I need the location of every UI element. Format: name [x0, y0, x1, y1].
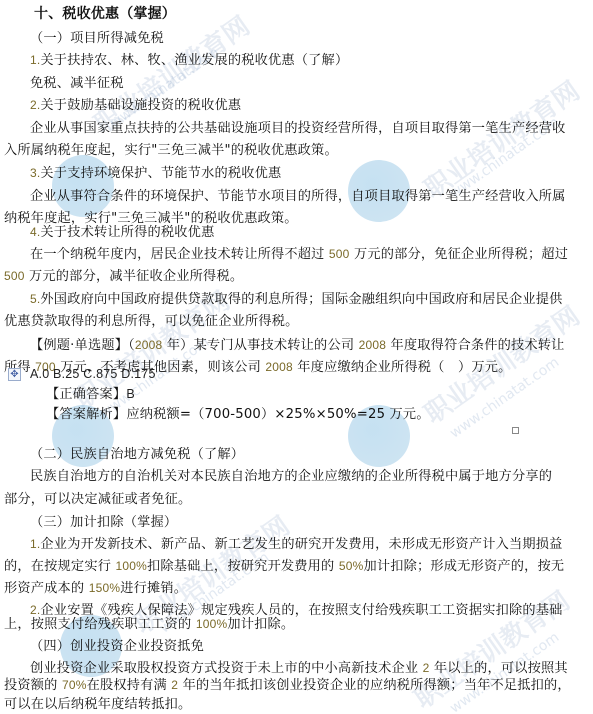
text: 年以上的，可以按照其: [430, 661, 568, 676]
text: 在一个纳税年度内，居民企业技术转让所得不超过: [30, 247, 329, 262]
item-number: 1.: [30, 53, 40, 67]
table-move-handle-icon[interactable]: ✥: [8, 368, 21, 381]
number: 2008: [265, 360, 293, 374]
paragraph: 投资额的 70%在股权持有满 2 年的当年抵扣该创业投资企业的应纳税所得额；当年…: [4, 677, 571, 694]
answer-options: A.0 B.25 C.875 D.175: [30, 366, 156, 383]
number: 2008: [135, 338, 163, 352]
number: 100%: [116, 559, 148, 573]
text: 外国政府向中国政府提供贷款取得的利息所得；国际金融组织向中国政府和居民企业提供: [40, 292, 562, 307]
item-heading-text: 关于扶持农、林、牧、渔业发展的税收优惠（了解）: [40, 53, 348, 68]
text: 万元的部分，减半征收企业所得税。: [25, 269, 244, 284]
paragraph: 在一个纳税年度内，居民企业技术转让所得不超过 500 万元的部分，免征企业所得税…: [30, 246, 568, 263]
item-heading-text: 关于技术转让所得的税收优惠: [40, 225, 214, 240]
section-heading: （一）项目所得减免税: [30, 30, 164, 47]
paragraph: 入所属纳税年度起，实行"三免三减半"的税收优惠政策。: [4, 142, 338, 159]
text: 加计扣除。: [227, 617, 294, 632]
paragraph: 优惠贷款取得的利息所得，可以免征企业所得税。: [4, 313, 299, 330]
item-number: 2.: [30, 98, 40, 112]
text: 年度取得符合条件的技术转让: [386, 338, 564, 353]
analysis-label: 【答案解析】: [46, 407, 126, 422]
section-heading: （三）加计扣除（掌握）: [30, 514, 177, 531]
paragraph: 企业从事符合条件的环境保护、节能节水项目的所得，自项目取得第一笔生产经营收入所属: [30, 188, 566, 205]
item-number: 1.: [30, 537, 40, 551]
page-title: 十、税收优惠（掌握）: [34, 6, 176, 23]
text: 扣除基础上，按研究开发费用的: [147, 559, 339, 574]
paragraph: 形资产成本的 150%进行摊销。: [4, 580, 187, 597]
text: 年）某专门从事技术转让的公司: [162, 338, 358, 353]
answer-value: B: [126, 387, 135, 401]
text: 的，在按规定实行: [4, 559, 116, 574]
text: 年度应缴纳企业所得税（ ）万元。: [293, 360, 512, 375]
item-heading: 1.关于扶持农、林、牧、渔业发展的税收优惠（了解）: [30, 52, 348, 69]
item-heading-text: 关于鼓励基础设施投资的税收优惠: [40, 98, 241, 113]
number: 70%: [62, 678, 87, 692]
analysis-value: 应纳税额=（700-500）×25%×50%=25 万元。: [126, 407, 429, 422]
item-number: 3.: [30, 166, 40, 180]
text: 在股权持有满: [87, 678, 172, 693]
number: 2: [423, 661, 430, 675]
paragraph: 的，在按规定实行 100%扣除基础上，按研究开发费用的 50%加计扣除；形成无形…: [4, 558, 564, 575]
paragraph: 1.企业为开发新技术、新产品、新工艺发生的研究开发费用，未形成无形资产计入当期损…: [30, 536, 563, 553]
example-question: 【例题·单选题】（2008 年）某专门从事技术转让的公司 2008 年度取得符合…: [30, 337, 565, 354]
paragraph: 企业从事国家重点扶持的公共基础设施项目的投资经营所得，自项目取得第一笔生产经营收: [30, 120, 566, 137]
text: 【例题·单选题】（: [30, 338, 135, 353]
text: 上，按照支付给残疾职工工资的: [4, 617, 196, 632]
item-number: 2.: [30, 603, 40, 617]
paragraph: 创业投资企业采取股权投资方式投资于未上市的中小高新技术企业 2 年以上的，可以按…: [30, 660, 568, 677]
number: 50%: [339, 559, 364, 573]
text: 加计扣除；形成无形资产的，按无: [363, 559, 564, 574]
paragraph: 500 万元的部分，减半征收企业所得税。: [4, 268, 243, 285]
paragraph: 民族自治地方的自治机关对本民族自治地方的企业应缴纳的企业所得税中属于地方分享的: [30, 468, 552, 485]
paragraph: 部分，可以决定减征或者免征。: [4, 491, 191, 508]
section-heading: （四）创业投资企业投资抵免: [30, 638, 204, 655]
paragraph: 5.外国政府向中国政府提供贷款取得的利息所得；国际金融组织向中国政府和居民企业提…: [30, 291, 563, 308]
section-heading: （二）民族自治地方减免税（了解）: [30, 446, 244, 463]
answer-label: 【正确答案】: [46, 387, 126, 402]
number: 500: [329, 247, 350, 261]
text: 进行摊销。: [120, 581, 187, 596]
paragraph: 上，按照支付给残疾职工工资的 100%加计扣除。: [4, 616, 294, 633]
number: 150%: [89, 581, 121, 595]
item-number: 5.: [30, 292, 40, 306]
text: 创业投资企业采取股权投资方式投资于未上市的中小高新技术企业: [30, 661, 423, 676]
paragraph: 免税、减半征税: [30, 75, 124, 92]
paragraph: 可以在以后纳税年度结转抵扣。: [4, 696, 191, 713]
text: 企业为开发新技术、新产品、新工艺发生的研究开发费用，未形成无形资产计入当期损益: [40, 537, 562, 552]
answer-analysis: 【答案解析】应纳税额=（700-500）×25%×50%=25 万元。: [46, 406, 430, 423]
text: 投资额的: [4, 678, 62, 693]
text: 形资产成本的: [4, 581, 89, 596]
text: 万元的部分，免征企业所得税；超过: [350, 247, 569, 262]
watermark-text: 职业培训教育网: [416, 71, 586, 206]
correct-answer: 【正确答案】B: [46, 386, 135, 403]
item-heading-text: 关于支持环境保护、节能节水的税收优惠: [40, 166, 281, 181]
number: 100%: [196, 617, 228, 631]
text: 年的当年抵扣该创业投资企业的应纳税所得额；当年不足抵扣的，: [178, 678, 571, 693]
item-number: 4.: [30, 225, 40, 239]
item-heading: 2.关于鼓励基础设施投资的税收优惠: [30, 97, 241, 114]
number: 500: [4, 269, 25, 283]
item-heading: 4.关于技术转让所得的税收优惠: [30, 224, 214, 241]
paragraph-marker-icon: [512, 427, 519, 434]
item-heading: 3.关于支持环境保护、节能节水的税收优惠: [30, 165, 281, 182]
number: 2008: [359, 338, 387, 352]
